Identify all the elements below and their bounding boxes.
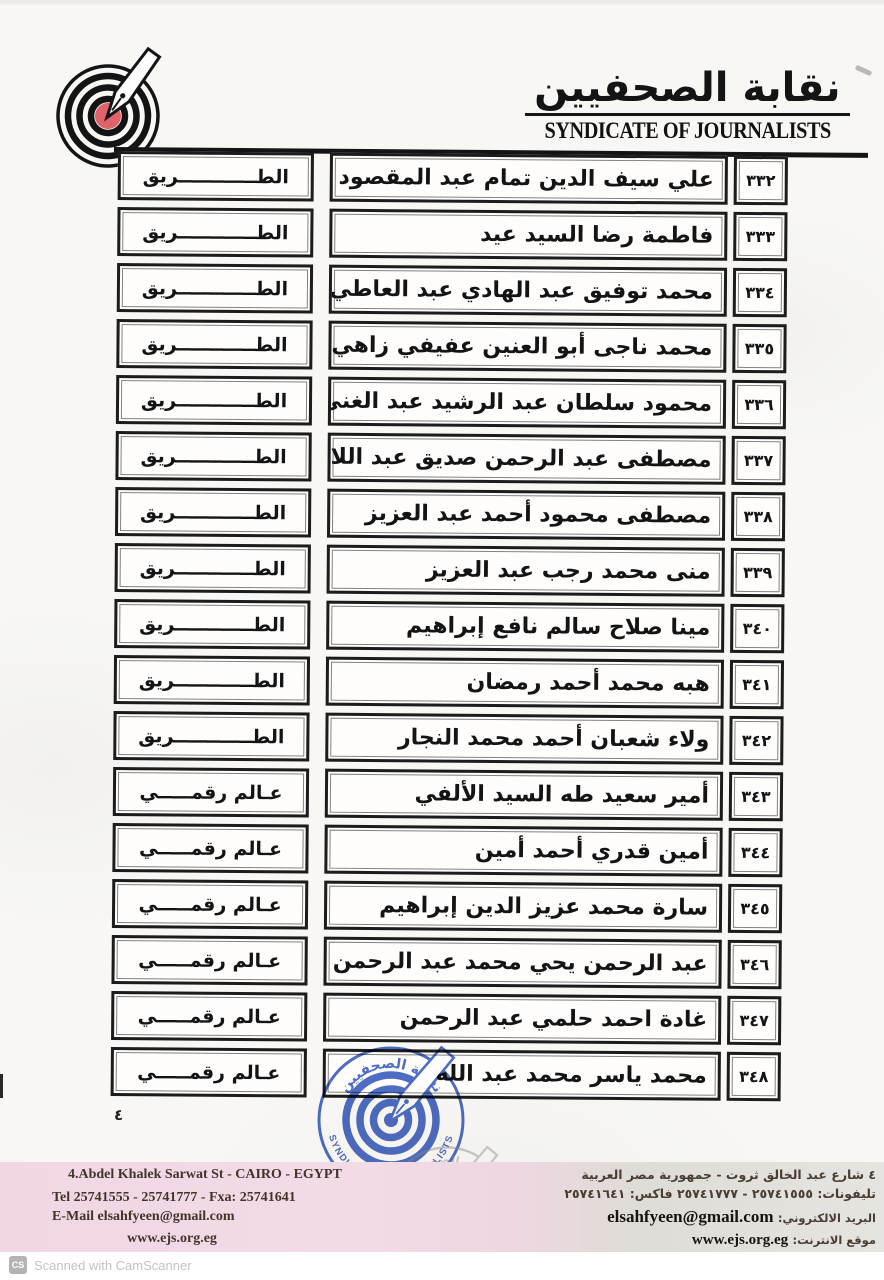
table-row: الطــــــــــــريق مصطفى عبد الرحمن صديق… <box>115 431 787 492</box>
table-row: الطــــــــــــريق فاطمة رضا السيد عيد ٣… <box>117 207 789 268</box>
publication-name: الطــــــــــــريق <box>141 389 287 412</box>
header-brand: نقابة الصحفيين SYNDICATE OF JOURNALISTS <box>525 66 850 144</box>
footer-contact-arabic: ٤ شارع عبد الخالق ثروت - جمهورية مصر الع… <box>531 1166 876 1252</box>
row-number-cell: ٣٤٥ <box>728 884 782 933</box>
member-name: علي سيف الدين تمام عبد المقصود <box>338 165 713 193</box>
row-number-cell: ٣٣٦ <box>732 380 786 429</box>
member-name-cell: محمد توفيق عبد الهادي عبد العاطي <box>329 265 727 317</box>
footer-address-en: 4.Abdel Khalek Sarwat St - CAIRO - EGYPT <box>52 1166 352 1185</box>
publication-cell: عـالم رقمـــــي <box>111 991 307 1042</box>
row-number: ٣٤٧ <box>739 1011 768 1030</box>
publication-name: الطــــــــــــريق <box>138 725 284 748</box>
row-number: ٣٣٩ <box>743 563 772 582</box>
member-name: مصطفى محمود أحمد عبد العزيز <box>365 501 711 529</box>
member-name: عبد الرحمن يحي محمد عبد الرحمن <box>333 949 708 977</box>
footer-address-ar: ٤ شارع عبد الخالق ثروت - جمهورية مصر الع… <box>531 1166 876 1185</box>
row-number: ٣٤٠ <box>743 619 772 638</box>
member-name: هبه محمد أحمد رمضان <box>466 670 710 697</box>
table-row: الطــــــــــــريق مينا صلاح سالم نافع إ… <box>114 599 786 660</box>
member-name-cell: منى محمد رجب عبد العزيز <box>327 545 725 597</box>
member-name-cell: عبد الرحمن يحي محمد عبد الرحمن <box>323 937 721 989</box>
member-name-cell: مصطفى محمود أحمد عبد العزيز <box>327 489 725 541</box>
publication-name: عـالم رقمـــــي <box>137 1061 280 1084</box>
row-number-cell: ٣٣٣ <box>733 212 787 261</box>
row-number-cell: ٣٤٢ <box>729 716 783 765</box>
footer-website-label-ar: موقع الانترنت: <box>793 1233 876 1247</box>
publication-name: الطــــــــــــريق <box>139 669 285 692</box>
publication-cell: الطــــــــــــريق <box>114 599 310 650</box>
table-row: الطــــــــــــريق هبه محمد أحمد رمضان ٣… <box>114 655 786 716</box>
row-number: ٣٣٣ <box>746 227 775 246</box>
publication-name: عـالم رقمـــــي <box>138 1005 281 1028</box>
row-number: ٣٣٦ <box>744 395 773 414</box>
member-name: أمير سعيد طه السيد الألفي <box>414 781 709 808</box>
row-number: ٣٤٤ <box>741 843 770 862</box>
member-name: محمد ناجى أبو العنين عفيفي زاهي <box>331 333 712 361</box>
footer-contact-english: 4.Abdel Khalek Sarwat St - CAIRO - EGYPT… <box>52 1166 352 1249</box>
row-number-cell: ٣٤٤ <box>728 828 782 877</box>
scan-artifact-dash <box>855 65 873 76</box>
camscanner-label: Scanned with CamScanner <box>34 1258 192 1273</box>
publication-name: الطــــــــــــريق <box>139 613 285 636</box>
row-number: ٣٤٦ <box>740 955 769 974</box>
row-number: ٣٣٧ <box>744 451 773 470</box>
row-number: ٣٤٢ <box>742 731 771 750</box>
page-number: ٤ <box>114 1106 123 1124</box>
member-name-cell: مصطفى عبد الرحمن صديق عبد اللاه <box>327 433 725 485</box>
publication-cell: الطــــــــــــريق <box>115 487 311 538</box>
publication-cell: عـالم رقمـــــي <box>111 935 307 986</box>
publication-name: عـالم رقمـــــي <box>138 893 281 916</box>
table-row: الطــــــــــــريق محمد توفيق عبد الهادي… <box>117 263 789 324</box>
member-name-cell: أمين قدري أحمد أمين <box>324 825 722 877</box>
scan-artifact-edge-mark <box>0 1074 3 1098</box>
publication-name: الطــــــــــــريق <box>140 445 286 468</box>
member-name: ولاء شعبان أحمد محمد النجار <box>398 725 710 752</box>
row-number-cell: ٣٤١ <box>730 660 784 709</box>
publication-cell: الطــــــــــــريق <box>116 375 312 426</box>
members-registry-table: الطــــــــــــريق علي سيف الدين تمام عب… <box>111 151 790 1108</box>
footer-phones-ar: تليفونات: ٢٥٧٤١٥٥٥ - ٢٥٧٤١٧٧٧ فاكس: ٢٥٧٤… <box>531 1185 876 1204</box>
table-row: عـالم رقمـــــي أمين قدري أحمد أمين ٣٤٤ <box>112 823 784 884</box>
publication-name: الطــــــــــــريق <box>142 277 288 300</box>
row-number: ٣٣٥ <box>745 339 774 358</box>
org-name-arabic: نقابة الصحفيين <box>525 66 850 116</box>
row-number: ٣٤٨ <box>739 1067 768 1086</box>
row-number-cell: ٣٤٧ <box>727 996 781 1045</box>
member-name-cell: أمير سعيد طه السيد الألفي <box>325 769 723 821</box>
footer-website-en: www.ejs.org.eg <box>52 1230 352 1249</box>
member-name: محمود سلطان عبد الرشيد عبد الغنى <box>328 389 712 417</box>
member-name-cell: هبه محمد أحمد رمضان <box>326 657 724 709</box>
scanned-document-page: نقابة الصحفيين SYNDICATE OF JOURNALISTS … <box>0 0 884 1280</box>
member-name-cell: فاطمة رضا السيد عيد <box>329 209 727 261</box>
publication-name: الطــــــــــــريق <box>140 557 286 580</box>
row-number-cell: ٣٤٨ <box>727 1052 781 1101</box>
table-row: عـالم رقمـــــي سارة محمد عزيز الدين إبر… <box>112 879 784 940</box>
row-number-cell: ٣٣٩ <box>731 548 785 597</box>
table-row: الطــــــــــــريق علي سيف الدين تمام عب… <box>118 151 790 212</box>
publication-cell: الطــــــــــــريق <box>117 207 313 258</box>
member-name: مصطفى عبد الرحمن صديق عبد اللاه <box>327 445 711 473</box>
publication-cell: عـالم رقمـــــي <box>112 879 308 930</box>
member-name-cell: محمود سلطان عبد الرشيد عبد الغنى <box>328 377 726 429</box>
row-number-cell: ٣٤٠ <box>730 604 784 653</box>
row-number-cell: ٣٣٨ <box>731 492 785 541</box>
publication-name: الطــــــــــــريق <box>143 165 289 188</box>
publication-name: الطــــــــــــريق <box>140 501 286 524</box>
member-name: أمين قدري أحمد أمين <box>475 838 709 865</box>
publication-name: عـالم رقمـــــي <box>139 781 282 804</box>
publication-cell: الطــــــــــــريق <box>115 431 311 482</box>
row-number-cell: ٣٣٤ <box>733 268 787 317</box>
member-name-cell: محمد ناجى أبو العنين عفيفي زاهي <box>328 321 726 373</box>
footer-email-ar: البريد الالكتروني: elsahfyeen@gmail.com <box>531 1204 876 1230</box>
publication-cell: الطــــــــــــريق <box>113 711 309 762</box>
publication-cell: الطــــــــــــريق <box>115 543 311 594</box>
row-number-cell: ٣٣٥ <box>732 324 786 373</box>
publication-name: عـالم رقمـــــي <box>138 949 281 972</box>
footer-email-en: E-Mail elsahfyeen@gmail.com <box>52 1208 352 1227</box>
table-row: الطــــــــــــريق مصطفى محمود أحمد عبد … <box>115 487 787 548</box>
member-name-cell: علي سيف الدين تمام عبد المقصود <box>330 153 728 205</box>
row-number: ٣٣٢ <box>746 171 775 190</box>
publication-name: الطــــــــــــريق <box>141 333 287 356</box>
publication-cell: الطــــــــــــريق <box>116 319 312 370</box>
table-row: عـالم رقمـــــي عبد الرحمن يحي محمد عبد … <box>111 935 783 996</box>
member-name: منى محمد رجب عبد العزيز <box>426 557 711 584</box>
publication-name: الطــــــــــــريق <box>142 221 288 244</box>
row-number-cell: ٣٣٢ <box>734 156 788 205</box>
row-number: ٣٤٥ <box>740 899 769 918</box>
member-name-cell: ولاء شعبان أحمد محمد النجار <box>325 713 723 765</box>
org-name-english: SYNDICATE OF JOURNALISTS <box>544 118 830 144</box>
row-number-cell: ٣٤٦ <box>727 940 781 989</box>
publication-cell: عـالم رقمـــــي <box>112 823 308 874</box>
publication-name: عـالم رقمـــــي <box>139 837 282 860</box>
footer-phones-en: Tel 25741555 - 25741777 - Fxa: 25741641 <box>52 1189 352 1208</box>
publication-cell: الطــــــــــــريق <box>114 655 310 706</box>
footer-website-value: www.ejs.org.eg <box>692 1232 788 1248</box>
footer-email-value: elsahfyeen@gmail.com <box>607 1207 773 1226</box>
table-row: عـالم رقمـــــي أمير سعيد طه السيد الألف… <box>113 767 785 828</box>
table-row: الطــــــــــــريق محمد ناجى أبو العنين … <box>116 319 788 380</box>
publication-cell: الطــــــــــــريق <box>118 151 314 202</box>
row-number: ٣٣٤ <box>745 283 774 302</box>
member-name-cell: سارة محمد عزيز الدين إبراهيم <box>324 881 722 933</box>
member-name: سارة محمد عزيز الدين إبراهيم <box>379 893 708 921</box>
row-number-cell: ٣٣٧ <box>731 436 785 485</box>
member-name-cell: مينا صلاح سالم نافع إبراهيم <box>326 601 724 653</box>
camscanner-badge-icon: CS <box>9 1256 27 1274</box>
footer-email-label-ar: البريد الالكتروني: <box>778 1211 876 1225</box>
row-number: ٣٤٣ <box>741 787 770 806</box>
table-row: الطــــــــــــريق ولاء شعبان أحمد محمد … <box>113 711 785 772</box>
camscanner-bar: CS Scanned with CamScanner <box>0 1252 884 1280</box>
row-number: ٣٣٨ <box>743 507 772 526</box>
table-row: الطــــــــــــريق منى محمد رجب عبد العز… <box>114 543 786 604</box>
member-name: مينا صلاح سالم نافع إبراهيم <box>406 613 710 640</box>
row-number-cell: ٣٤٣ <box>729 772 783 821</box>
publication-cell: عـالم رقمـــــي <box>113 767 309 818</box>
footer-website-ar: موقع الانترنت: www.ejs.org.eg <box>531 1229 876 1252</box>
member-name: فاطمة رضا السيد عيد <box>480 222 713 249</box>
table-row: الطــــــــــــريق محمود سلطان عبد الرشي… <box>116 375 788 436</box>
publication-cell: عـالم رقمـــــي <box>111 1047 307 1098</box>
publication-cell: الطــــــــــــريق <box>117 263 313 314</box>
row-number: ٣٤١ <box>742 675 771 694</box>
member-name: محمد توفيق عبد الهادي عبد العاطي <box>329 277 713 305</box>
